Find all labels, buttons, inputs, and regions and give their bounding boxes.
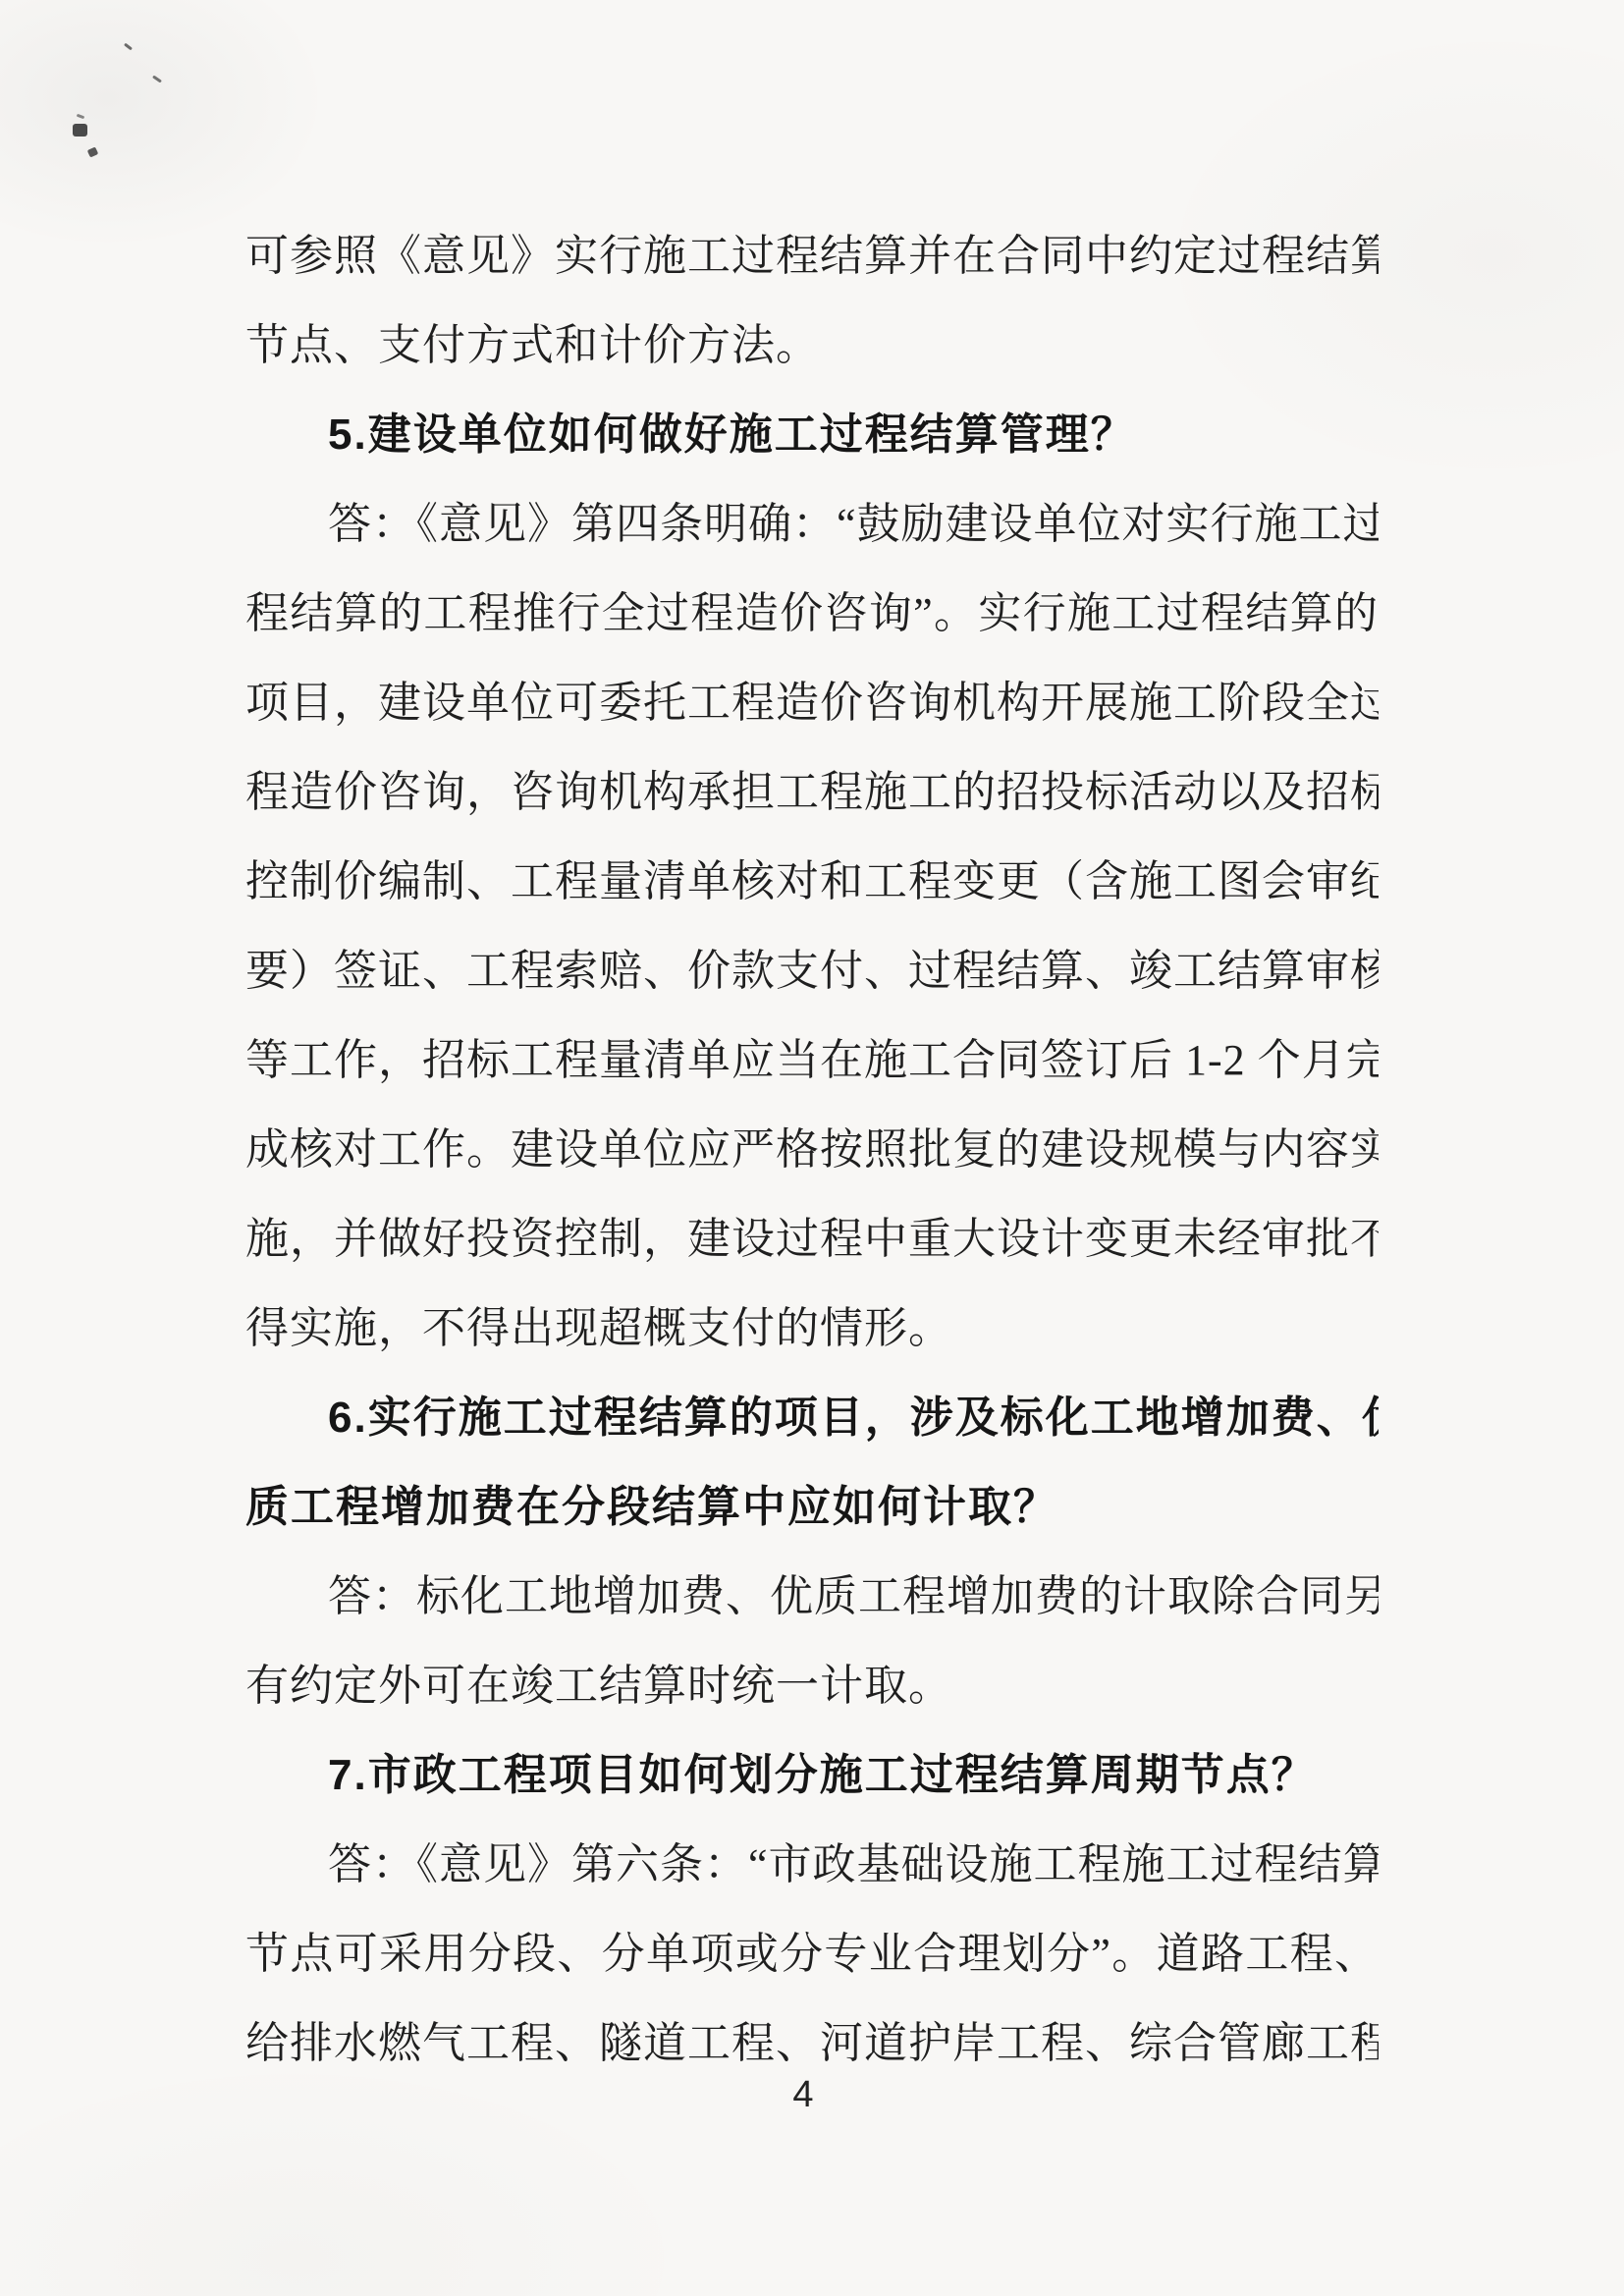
document-line: 答：《意见》第四条明确：“鼓励建设单位对实行施工过	[245, 474, 1379, 564]
document-line: 有约定外可在竣工结算时统一计取。	[245, 1636, 1379, 1725]
line-text: 答：标化工地增加费、优质工程增加费的计取除合同另	[328, 1560, 1379, 1623]
line-text: 项目，建设单位可委托工程造价咨询机构开展施工阶段全过	[245, 667, 1379, 730]
document-line: 节点、支付方式和计价方法。	[245, 296, 1379, 385]
line-text: 得实施，不得出现超概支付的情形。	[245, 1292, 1379, 1355]
line-text: 答：《意见》第六条：“市政基础设施工程施工过程结算	[328, 1829, 1379, 1891]
document-line: 等工作，招标工程量清单应当在施工合同签订后 1-2 个月完	[245, 1011, 1379, 1100]
line-text: 等工作，招标工程量清单应当在施工合同签订后 1-2 个月完	[245, 1024, 1379, 1087]
document-text-block: 可参照《意见》实行施工过程结算并在合同中约定过程结算 节点、支付方式和计价方法。…	[245, 206, 1379, 2083]
document-line: 成核对工作。建设单位应严格按照批复的建设规模与内容实	[245, 1100, 1379, 1189]
line-text: 7.市政工程项目如何划分施工过程结算周期节点？	[328, 1739, 1379, 1802]
question-heading-line: 质工程增加费在分段结算中应如何计取？	[245, 1457, 1379, 1547]
document-line: 答：《意见》第六条：“市政基础设施工程施工过程结算	[245, 1815, 1379, 1904]
document-line: 项目，建设单位可委托工程造价咨询机构开展施工阶段全过	[245, 653, 1379, 742]
line-text: 可参照《意见》实行施工过程结算并在合同中约定过程结算	[245, 220, 1379, 283]
line-text: 要）签证、工程索赔、价款支付、过程结算、竣工结算审核	[245, 935, 1379, 998]
line-text: 5.建设单位如何做好施工过程结算管理？	[328, 399, 1379, 462]
document-line: 节点可采用分段、分单项或分专业合理划分”。道路工程、	[245, 1904, 1379, 1994]
question-heading-line: 6.实行施工过程结算的项目，涉及标化工地增加费、优	[245, 1368, 1379, 1457]
document-line: 施，并做好投资控制，建设过程中重大设计变更未经审批不	[245, 1189, 1379, 1279]
document-line: 可参照《意见》实行施工过程结算并在合同中约定过程结算	[245, 206, 1379, 296]
scan-speck	[73, 124, 87, 137]
line-text: 施，并做好投资控制，建设过程中重大设计变更未经审批不	[245, 1203, 1379, 1266]
line-text: 给排水燃气工程、隧道工程、河道护岸工程、综合管廊工程	[245, 2007, 1379, 2070]
document-line: 答：标化工地增加费、优质工程增加费的计取除合同另	[245, 1547, 1379, 1636]
question-heading-line: 5.建设单位如何做好施工过程结算管理？	[245, 385, 1379, 474]
line-text: 节点、支付方式和计价方法。	[245, 309, 1379, 372]
line-text: 程结算的工程推行全过程造价咨询”。实行施工过程结算的	[245, 577, 1379, 640]
line-text: 成核对工作。建设单位应严格按照批复的建设规模与内容实	[245, 1114, 1379, 1176]
document-line: 给排水燃气工程、隧道工程、河道护岸工程、综合管廊工程	[245, 1994, 1379, 2083]
document-line: 程结算的工程推行全过程造价咨询”。实行施工过程结算的	[245, 564, 1379, 653]
document-line: 程造价咨询，咨询机构承担工程施工的招投标活动以及招标	[245, 742, 1379, 832]
document-line: 控制价编制、工程量清单核对和工程变更（含施工图会审纪	[245, 832, 1379, 921]
scanned-document-page: { "colors": { "paper": "#f8f7f5", "ink":…	[0, 0, 1624, 2296]
question-heading-line: 7.市政工程项目如何划分施工过程结算周期节点？	[245, 1725, 1379, 1815]
line-text: 节点可采用分段、分单项或分专业合理划分”。道路工程、	[245, 1918, 1379, 1981]
page-number: 4	[0, 2074, 1606, 2116]
scan-speck	[152, 75, 162, 82]
scan-speck	[87, 146, 99, 157]
document-line: 得实施，不得出现超概支付的情形。	[245, 1279, 1379, 1368]
line-text: 程造价咨询，咨询机构承担工程施工的招投标活动以及招标	[245, 756, 1379, 819]
scan-speck	[124, 43, 133, 51]
line-text: 控制价编制、工程量清单核对和工程变更（含施工图会审纪	[245, 846, 1379, 908]
line-text: 质工程增加费在分段结算中应如何计取？	[245, 1471, 1379, 1534]
line-text: 6.实行施工过程结算的项目，涉及标化工地增加费、优	[328, 1382, 1379, 1445]
scan-speck	[77, 114, 85, 120]
document-line: 要）签证、工程索赔、价款支付、过程结算、竣工结算审核	[245, 921, 1379, 1011]
line-text: 答：《意见》第四条明确：“鼓励建设单位对实行施工过	[328, 488, 1379, 551]
line-text: 有约定外可在竣工结算时统一计取。	[245, 1650, 1379, 1713]
